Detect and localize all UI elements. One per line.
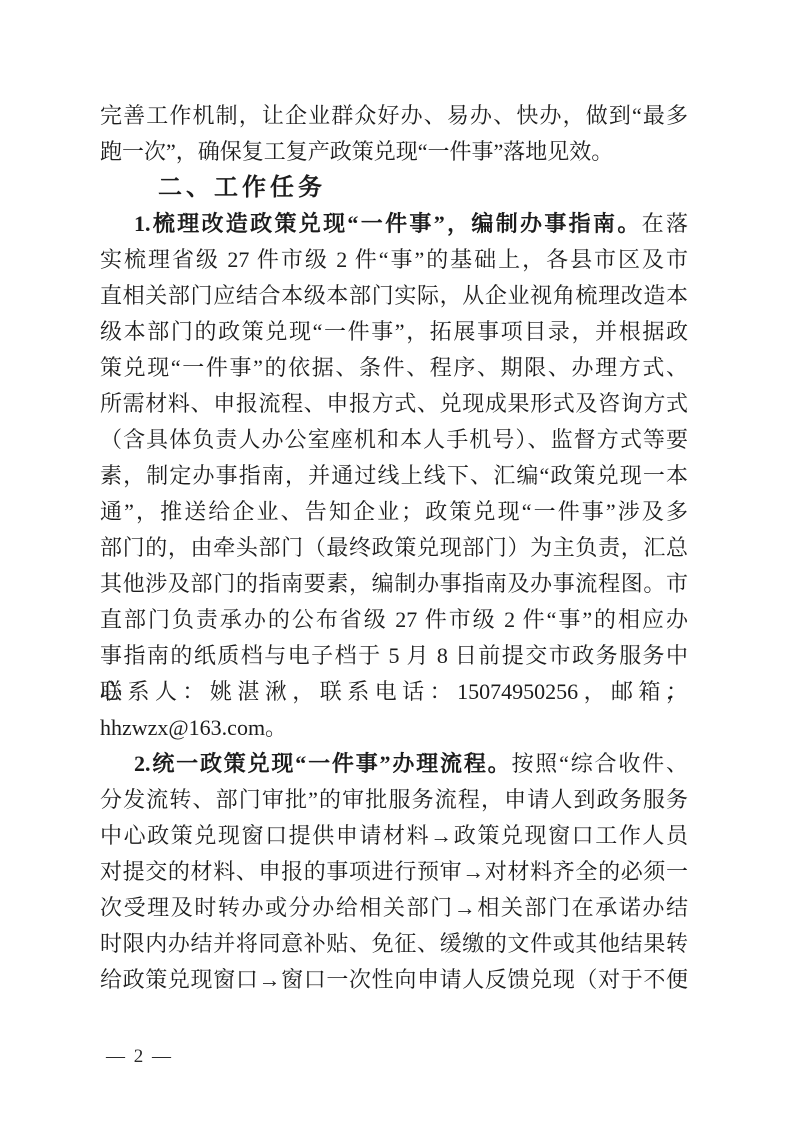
text-run: 所需材料、申报流程、申报方式、兑现成果形式及咨询方式 [100,391,688,416]
body-line: 跑一次”，确保复工复产政策兑现“一件事”落地见效。 [100,134,688,170]
text-run: 联系人：姚湛湫，联系电话：15074950256，邮箱： [100,679,688,704]
text-run: 中心政策兑现窗口提供申请材料→政策兑现窗口工作人员 [100,823,688,848]
document-page: 完善工作机制，让企业群众好办、易办、快办，做到“最多跑一次”，确保复工复产政策兑… [0,0,793,1122]
bold-run: 二、工作任务 [158,174,326,201]
body-line: 直相关部门应结合本级本部门实际，从企业视角梳理改造本 [100,278,688,314]
para-lead-line: 2.统一政策兑现“一件事”办理流程。按照“综合收件、 [100,746,688,782]
text-run: 时限内办结并将同意补贴、免征、缓缴的文件或其他结果转 [100,931,688,956]
text-run: 素，制定办事指南，并通过线上线下、汇编“政策兑现一本 [100,463,688,488]
body-line: 次受理及时转办或分办给相关部门→相关部门在承诺办结 [100,890,688,926]
body-line: 其他涉及部门的指南要素，编制办事指南及办事流程图。市 [100,566,688,602]
text-run: 实梳理省级 27 件市级 2 件“事”的基础上，各县市区及市 [100,247,688,272]
text-run: 跑一次”，确保复工复产政策兑现“一件事”落地见效。 [100,139,613,164]
email-line: hhzwzx@163.com。 [100,710,688,746]
text-run: （含具体负责人办公室座机和本人手机号）、监督方式等要 [100,427,688,452]
document-body: 完善工作机制，让企业群众好办、易办、快办，做到“最多跑一次”，确保复工复产政策兑… [100,98,688,998]
body-line: 时限内办结并将同意补贴、免征、缓缴的文件或其他结果转 [100,926,688,962]
body-line: 实梳理省级 27 件市级 2 件“事”的基础上，各县市区及市 [100,242,688,278]
body-line: 中心政策兑现窗口提供申请材料→政策兑现窗口工作人员 [100,818,688,854]
body-line: 对提交的材料、申报的事项进行预审→对材料齐全的必须一 [100,854,688,890]
body-line: 部门的，由牵头部门（最终政策兑现部门）为主负责，汇总 [100,530,688,566]
body-line: 分发流转、部门审批”的审批服务流程，申请人到政务服务 [100,782,688,818]
text-run: 直相关部门应结合本级本部门实际，从企业视角梳理改造本 [100,283,688,308]
page-number: — 2 — [106,1046,173,1067]
text-run: 其他涉及部门的指南要素，编制办事指南及办事流程图。市 [100,571,688,596]
text-run: 给政策兑现窗口→窗口一次性向申请人反馈兑现（对于不便 [100,967,688,992]
body-line: 直部门负责承办的公布省级 27 件市级 2 件“事”的相应办 [100,602,688,638]
text-run: 通”，推送给企业、告知企业；政策兑现“一件事”涉及多 [100,499,688,524]
body-line: 所需材料、申报流程、申报方式、兑现成果形式及咨询方式 [100,386,688,422]
section-heading: 二、工作任务 [100,170,688,206]
body-line: 素，制定办事指南，并通过线上线下、汇编“政策兑现一本 [100,458,688,494]
text-run: 对提交的材料、申报的事项进行预审→对材料齐全的必须一 [100,859,688,884]
body-line: （含具体负责人办公室座机和本人手机号）、监督方式等要 [100,422,688,458]
body-line: 策兑现“一件事”的依据、条件、程序、期限、办理方式、 [100,350,688,386]
body-line: 级本部门的政策兑现“一件事”，拓展事项目录，并根据政 [100,314,688,350]
text-run: 次受理及时转办或分办给相关部门→相关部门在承诺办结 [100,895,688,920]
text-run: 分发流转、部门审批”的审批服务流程，申请人到政务服务 [100,787,688,812]
contact-line: 联系人：姚湛湫，联系电话：15074950256，邮箱： [100,674,688,710]
text-run: 按照“综合收件、 [511,751,688,776]
text-run: 级本部门的政策兑现“一件事”，拓展事项目录，并根据政 [100,319,688,344]
body-line: 给政策兑现窗口→窗口一次性向申请人反馈兑现（对于不便 [100,962,688,998]
page-footer: — 2 — [106,1042,173,1072]
bold-run: 1.梳理改造政策兑现“一件事”，编制办事指南。 [134,211,642,236]
body-line: 事指南的纸质档与电子档于 5 月 8 日前提交市政务服务中心， [100,638,688,674]
text-run: 在落 [642,211,688,236]
bold-run: 2.统一政策兑现“一件事”办理流程。 [134,751,511,776]
text-run: 策兑现“一件事”的依据、条件、程序、期限、办理方式、 [100,355,688,380]
text-run: 直部门负责承办的公布省级 27 件市级 2 件“事”的相应办 [100,607,688,632]
text-run: hhzwzx@163.com。 [100,715,287,740]
body-line: 完善工作机制，让企业群众好办、易办、快办，做到“最多 [100,98,688,134]
body-line: 通”，推送给企业、告知企业；政策兑现“一件事”涉及多 [100,494,688,530]
text-run: 完善工作机制，让企业群众好办、易办、快办，做到“最多 [100,103,688,128]
text-run: 部门的，由牵头部门（最终政策兑现部门）为主负责，汇总 [100,535,688,560]
para-lead-line: 1.梳理改造政策兑现“一件事”，编制办事指南。在落 [100,206,688,242]
